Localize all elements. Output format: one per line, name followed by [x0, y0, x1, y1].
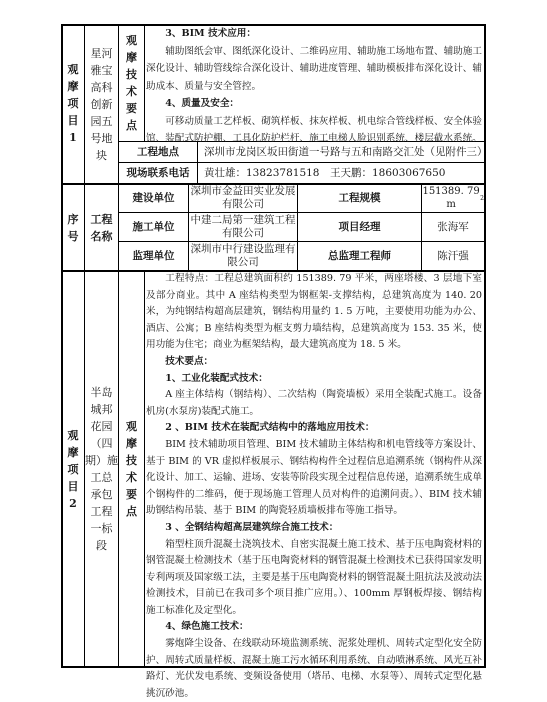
name-part: 创新 — [91, 96, 113, 113]
project-features: 工程特点：工程总建筑面积约 151389. 79 平米，两座塔楼、3 层地下室及… — [146, 271, 482, 354]
section-heading: 4、质量及安全： — [146, 95, 482, 113]
label-char: 摩 — [126, 49, 137, 66]
divider — [144, 24, 145, 141]
seq-label: 序 号 — [62, 185, 84, 270]
label-char: 技 — [126, 66, 137, 83]
name-part: 工程 — [91, 503, 113, 520]
observation1-tech-label: 观 摩 技 术 要 点 — [119, 24, 144, 141]
label-char: 点 — [126, 117, 137, 134]
label-char: 观 — [126, 32, 137, 49]
project-manager-value: 张海军 — [422, 213, 484, 241]
name-part: 段 — [96, 537, 107, 554]
address-value: 深圳市龙岗区坂田街道一号路与五和南路交汇处（见附件三） — [198, 142, 484, 162]
name-part: 块 — [96, 147, 107, 164]
label-char: 摩 — [68, 78, 79, 95]
section-heading: 1、工业化装配式技术： — [146, 371, 482, 388]
observation2-row-label: 观 摩 项 目 2 — [62, 272, 84, 666]
label-char: 摩 — [68, 444, 79, 461]
label-char: 1 — [69, 129, 77, 146]
name-part: 号地 — [91, 130, 113, 147]
label-char: 技 — [126, 452, 137, 469]
supervision-unit-label: 监理单位 — [119, 242, 188, 270]
section-heading: 3 、全钢结构超高层建筑综合施工技术： — [146, 520, 482, 537]
name-part: 工总 — [91, 469, 113, 486]
contact-value: 黄壮雄：13823781518 王天鹏：18603067650 — [198, 163, 484, 183]
address-label: 工程地点 — [119, 142, 197, 162]
contact-label: 现场联系电话 — [119, 163, 197, 183]
value-line: 有限公司 — [222, 198, 264, 211]
name-part: （四 — [91, 435, 113, 452]
project-name-label: 工程 名称 — [85, 185, 118, 270]
value-line: 深圳市金益田实业发展 — [191, 185, 296, 198]
name-part: 高科 — [91, 79, 113, 96]
section-body: 箱型柱顶升混凝土浇筑技术、自密实混凝土施工技术、基于压电陶瓷材料的钢管混凝土检测… — [146, 537, 482, 620]
value-line: 限公司 — [227, 256, 259, 269]
section-heading: 3、BIM 技术应用： — [146, 25, 482, 43]
label-char: 项 — [68, 95, 79, 112]
label-char: 工程 — [91, 211, 113, 228]
divider — [144, 270, 145, 667]
name-part: 星河 — [91, 45, 113, 62]
section-body: BIM 技术辅助项目管理、BIM 技术辅助主体结构和机电管线等方案设计、基于 B… — [146, 437, 482, 520]
section-heading: 4、绿色施工技术： — [146, 619, 482, 636]
name-part: 半岛 — [91, 384, 113, 401]
value-line: 中建二局第一建筑工程 — [191, 214, 296, 227]
name-part: 花园 — [91, 418, 113, 435]
label-char: 观 — [68, 61, 79, 78]
label-char: 序 — [68, 211, 79, 228]
project-manager-label: 项目经理 — [298, 213, 421, 241]
chief-supervisor-value: 陈汗强 — [422, 242, 484, 270]
section-body: A 座主体结构（钢结构）、二次结构（陶瓷墙板）采用全装配式施工。设备机房(水泵房… — [146, 387, 482, 420]
section-heading: 2 、BIM 技术在装配式结构中的落地应用技术： — [146, 420, 482, 437]
label-char: 目 — [68, 478, 79, 495]
scale-unit-superscript: 2 — [480, 192, 484, 205]
observation1-tech-points: 3、BIM 技术应用： 辅助图纸会审、图纸深化设计、二维码应用、辅助施工场地布置… — [146, 25, 482, 148]
construction-unit-label: 建设单位 — [119, 184, 188, 212]
name-part: 园五 — [91, 113, 113, 130]
scale-number: 151389. 79 m — [422, 185, 480, 211]
observation2-tech-label: 观 摩 技 术 要 点 — [119, 272, 144, 666]
label-char: 观 — [126, 418, 137, 435]
supervision-unit-value: 深圳市中行建设监理有 限公司 — [189, 242, 297, 270]
section-body: 雾炮降尘设备、在线联动环境监测系统、泥浆处理机、周转式定型化安全防护、周转式质量… — [146, 636, 482, 702]
section-body: 辅助图纸会审、图纸深化设计、二维码应用、辅助施工场地布置、辅助施工深化设计、辅助… — [146, 43, 482, 96]
name-part: 承包 — [91, 486, 113, 503]
contractor-label: 施工单位 — [119, 213, 188, 241]
label-char: 点 — [126, 503, 137, 520]
name-part: 期）施 — [85, 452, 118, 469]
value-line: 深圳市中行建设监理有 — [191, 243, 296, 256]
label-char: 摩 — [126, 435, 137, 452]
chief-supervisor-label: 总监理工程师 — [298, 242, 421, 270]
label-char: 术 — [126, 83, 137, 100]
label-char: 目 — [68, 112, 79, 129]
observation1-row-label: 观 摩 项 目 1 — [62, 24, 84, 183]
label-char: 要 — [126, 486, 137, 503]
value-line: 有限公司 — [222, 227, 264, 240]
contractor-value: 中建二局第一建筑工程 有限公司 — [189, 213, 297, 241]
label-char: 名称 — [91, 228, 113, 245]
name-part: 一标 — [91, 520, 113, 537]
observation1-project-name: 星河 雅宝 高科 创新 园五 号地 块 — [85, 40, 118, 168]
label-char: 项 — [68, 461, 79, 478]
section-heading: 技术要点： — [146, 354, 482, 371]
observation2-project-name: 半岛 城邦 花园 （四 期）施 工总 承包 工程 一标 段 — [85, 272, 118, 666]
table-right-border — [484, 24, 486, 668]
construction-unit-value: 深圳市金益田实业发展 有限公司 — [189, 184, 297, 212]
project-scale-label: 工程规模 — [298, 184, 421, 212]
label-char: 术 — [126, 469, 137, 486]
label-char: 要 — [126, 100, 137, 117]
label-char: 观 — [68, 427, 79, 444]
label-char: 2 — [69, 495, 77, 512]
name-part: 城邦 — [91, 401, 113, 418]
label-char: 号 — [68, 228, 79, 245]
observation2-tech-points: 工程特点：工程总建筑面积约 151389. 79 平米，两座塔楼、3 层地下室及… — [146, 271, 482, 702]
name-part: 雅宝 — [91, 62, 113, 79]
project-scale-value: 151389. 79 m2 — [422, 184, 484, 212]
